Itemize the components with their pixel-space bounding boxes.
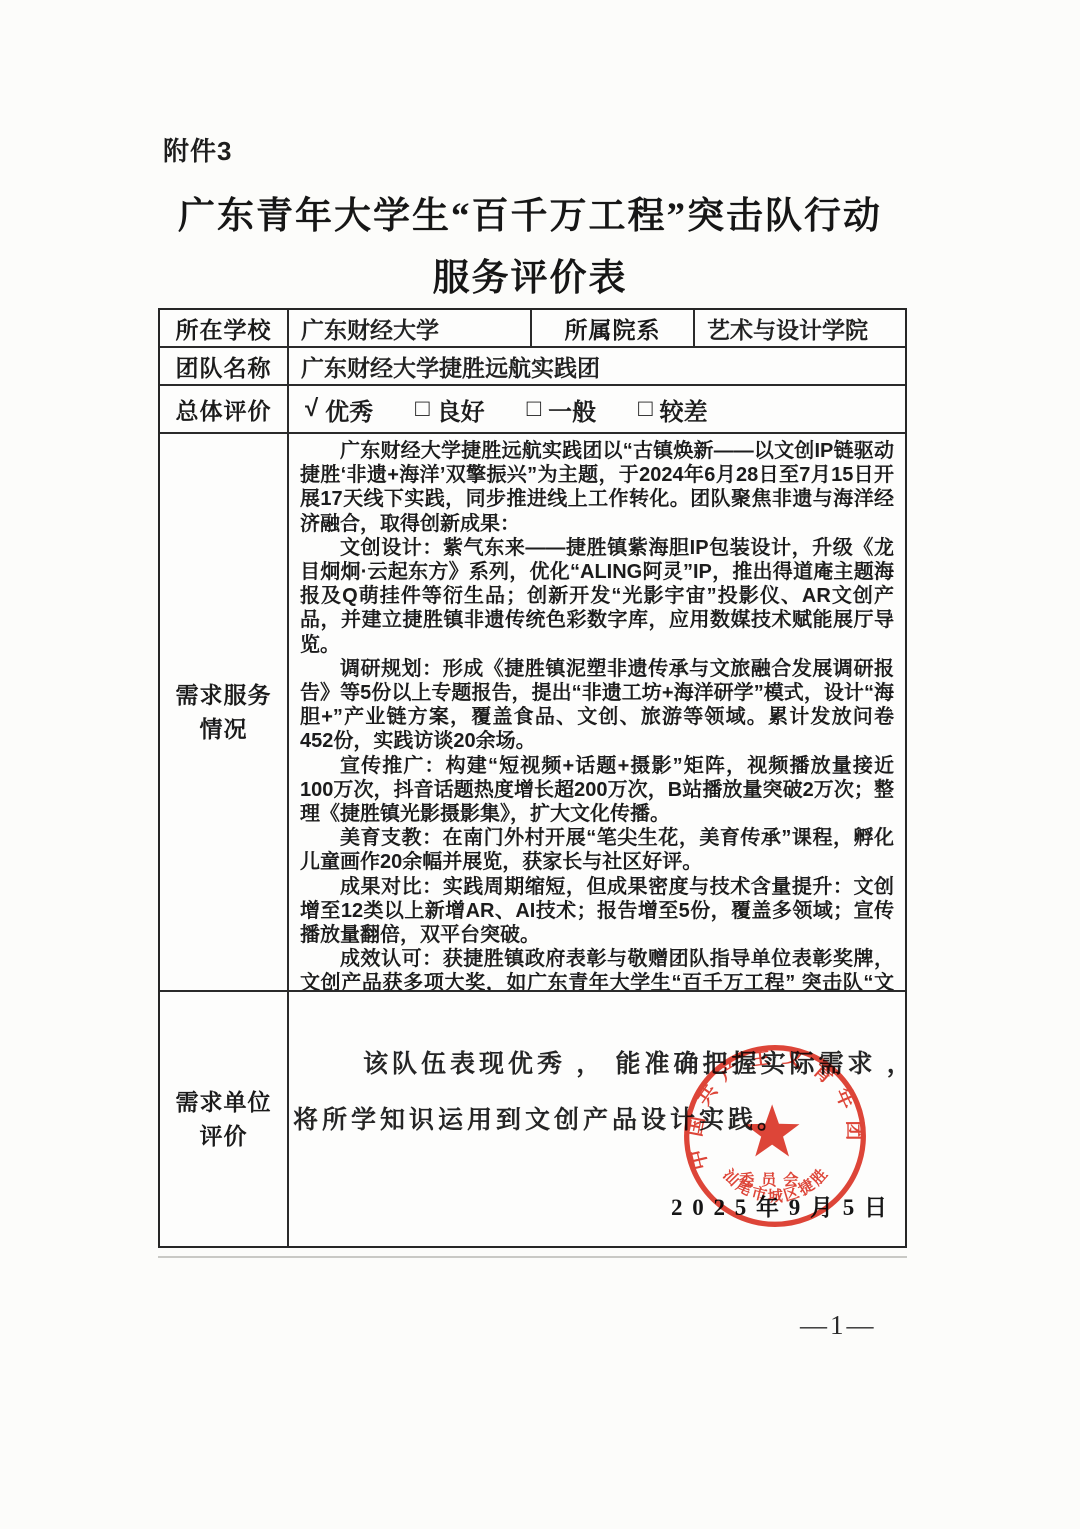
evaluation-form-table: 所在学校 广东财经大学 所属院系 艺术与设计学院 团队名称 广东财经大学捷胜远航… (158, 308, 907, 1248)
overall-rating-label: 总体评价 (160, 386, 289, 434)
evaluation-label-line2: 评价 (200, 1119, 248, 1153)
service-paragraph: 调研规划：形成《捷胜镇泥塑非遗传承与文旅融合发展调研报告》等5份以上专题报告，提… (300, 657, 894, 754)
service-paragraph: 成果对比：实践周期缩短，但成果密度与技术含量提升：文创增至12类以上新增AR、A… (300, 875, 894, 948)
team-label: 团队名称 (160, 348, 289, 386)
service-label-line1: 需求服务 (176, 678, 272, 712)
scan-shadow-line (158, 1256, 907, 1258)
stamp-bottom-text: 委员会 (739, 1170, 805, 1189)
service-paragraph: 成效认可：获捷胜镇政府表彰与敬赠团队指导单位表彰奖牌，文创产品获多项大奖，如广东… (300, 947, 894, 992)
scanned-evaluation-form-page: 附件3 广东青年大学生“百千万工程”突击队行动 服务评价表 所在学校 广东财经大… (0, 0, 1080, 1529)
school-label: 所在学校 (160, 310, 289, 348)
option-good-label: 良好 (437, 392, 485, 427)
evaluation-section-label: 需求单位 评价 (160, 992, 289, 1246)
attachment-label: 附件3 (163, 131, 232, 168)
checkbox-empty: □ (527, 395, 542, 423)
evaluation-label-line1: 需求单位 (176, 1085, 272, 1119)
page-title-line2: 服务评价表 (0, 247, 1060, 301)
service-paragraph: 广东财经大学捷胜远航实践团以“古镇焕新——以文创IP链驱动捷胜‘非遗+海洋’双擎… (300, 439, 894, 536)
option-excellent: √ 优秀 (305, 392, 373, 427)
option-poor-label: 较差 (660, 392, 708, 427)
option-average-label: 一般 (548, 392, 596, 427)
service-paragraph: 美育支教：在南门外村开展“笔尖生花，美育传承”课程，孵化儿童画作20余幅并展览，… (300, 826, 894, 874)
svg-text:中国共产主义青年团: 中国共产主义青年团 (682, 1044, 866, 1172)
service-paragraphs: 广东财经大学捷胜远航实践团以“古镇焕新——以文创IP链驱动捷胜‘非遗+海洋’双擎… (289, 434, 905, 992)
check-mark: √ (305, 395, 318, 423)
stamp-star-icon (745, 1104, 800, 1156)
team-value: 广东财经大学捷胜远航实践团 (289, 348, 905, 386)
school-value: 广东财经大学 (289, 310, 532, 348)
service-section-label: 需求服务 情况 (160, 434, 289, 992)
option-average: □ 一般 (527, 392, 597, 427)
option-excellent-label: 优秀 (325, 392, 373, 427)
overall-rating-options: √ 优秀 □ 良好 □ 一般 □ 较差 (289, 386, 905, 434)
page-number: —1— (800, 1310, 877, 1341)
service-label-line2: 情况 (200, 712, 248, 746)
service-paragraph: 宣传推广：构建“短视频+话题+摄影”矩阵，视频播放量接近100万次，抖音话题热度… (300, 754, 894, 827)
option-good: □ 良好 (415, 392, 485, 427)
department-label: 所属院系 (532, 310, 695, 348)
stamp-ring-text: 中国共产主义青年团 (682, 1044, 866, 1172)
official-seal-stamp: 中国共产主义青年团 汕尾市城区捷胜镇 委员会 (679, 1040, 871, 1232)
service-paragraph: 文创设计：紫气东来——捷胜镇紫海胆IP包装设计，升级《龙目炯炯·云起东方》系列，… (300, 536, 894, 657)
page-title-line1: 广东青年大学生“百千万工程”突击队行动 (0, 185, 1060, 239)
department-value: 艺术与设计学院 (695, 310, 905, 348)
option-poor: □ 较差 (638, 392, 708, 427)
checkbox-empty: □ (638, 395, 653, 423)
checkbox-empty: □ (415, 395, 430, 423)
evaluation-content: 该队伍表现优秀 ， 能准确把握实际需求 ， 并 将所学知识运用到文创产品设计实践… (289, 992, 905, 1246)
